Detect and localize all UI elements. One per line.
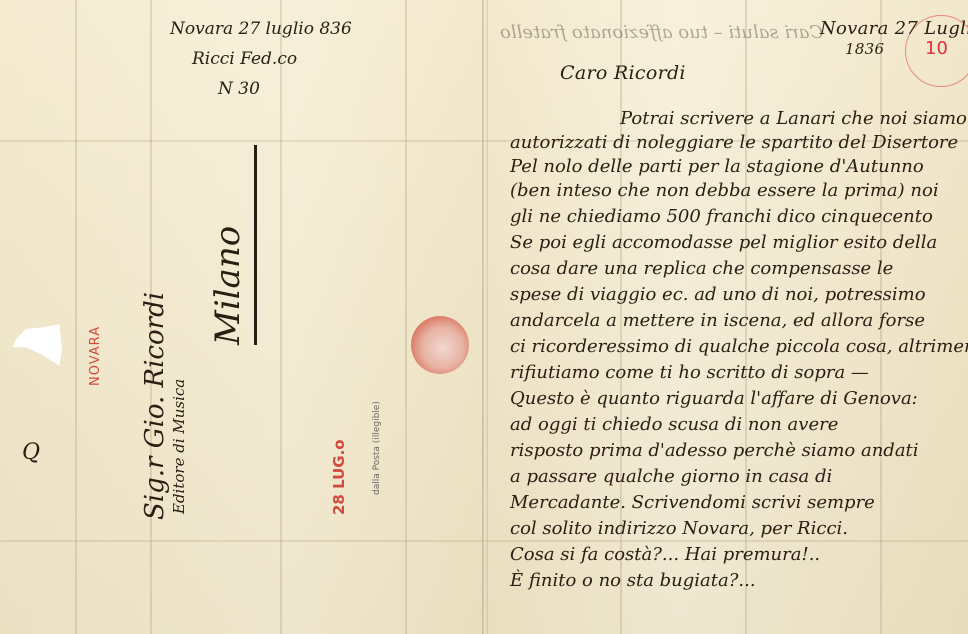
arrival-postmark: 28 LUG.o bbox=[330, 439, 348, 515]
grey-postmark: dalla Posta (illegible) bbox=[372, 401, 382, 495]
docket-line-2: Ricci Fed.co bbox=[170, 44, 352, 74]
letter-place-date: Novara 27 Luglio bbox=[820, 18, 968, 39]
archive-number: 10 bbox=[925, 38, 948, 59]
letter-line: ad oggi ti chiedo scusa di non avere bbox=[510, 414, 838, 435]
bleed-through-text: Cari saluti – tuo affezionato fratello bbox=[500, 22, 823, 43]
city-underline bbox=[254, 145, 257, 345]
letter-line: Pel nolo delle parti per la stagione d'A… bbox=[510, 156, 924, 177]
letter-line: È finito o no sta bugiata?... bbox=[510, 570, 756, 591]
letter-line: Cosa si fa costà?... Hai premura!.. bbox=[510, 544, 820, 565]
address-city-block: Milano bbox=[208, 145, 257, 345]
letter-line: andarcela a mettere in iscena, ed allora… bbox=[510, 310, 925, 331]
address-recipient: Sig.r Gio. Ricordi bbox=[140, 292, 170, 520]
address-city: Milano bbox=[208, 145, 248, 345]
center-fold bbox=[482, 0, 488, 634]
margin-mark: Q bbox=[22, 440, 40, 465]
fold-line bbox=[405, 0, 407, 634]
wax-seal bbox=[411, 316, 469, 374]
letter-line: gli ne chiediamo 500 franchi dico cinque… bbox=[510, 206, 933, 227]
letter-line: risposto prima d'adesso perchè siamo and… bbox=[510, 440, 919, 461]
letter-line: Questo è quanto riguarda l'affare di Gen… bbox=[510, 388, 918, 409]
letter-line: Se poi egli accomodasse pel miglior esit… bbox=[510, 232, 937, 253]
letter-line: Mercadante. Scrivendomi scrivi sempre bbox=[510, 492, 875, 513]
letter-line: cosa dare una replica che compensasse le bbox=[510, 258, 893, 279]
letter-line: (ben inteso che non debba essere la prim… bbox=[510, 180, 939, 201]
address-block: Sig.r Gio. Ricordi Editore di Musica bbox=[140, 292, 188, 520]
letter-line: Potrai scrivere a Lanari che noi siamo bbox=[620, 108, 967, 129]
letter-salutation: Caro Ricordi bbox=[560, 62, 686, 84]
address-title: Editore di Musica bbox=[170, 292, 188, 514]
docket-note: Novara 27 luglio 836 Ricci Fed.co N 30 bbox=[170, 14, 352, 104]
letter-line: spese di viaggio ec. ad uno di noi, potr… bbox=[510, 284, 926, 305]
letter-line: autorizzati di noleggiare le spartito de… bbox=[510, 132, 958, 153]
letter-line: ci ricorderessimo di qualche piccola cos… bbox=[510, 336, 968, 357]
docket-line-3: N 30 bbox=[170, 74, 352, 104]
origin-postmark: NOVARA bbox=[88, 326, 103, 386]
letter-line: rifiutiamo come ti ho scritto di sopra — bbox=[510, 362, 869, 383]
fold-line bbox=[75, 0, 77, 634]
letter-line: a passare qualche giorno in casa di bbox=[510, 466, 832, 487]
docket-line-1: Novara 27 luglio 836 bbox=[170, 14, 352, 44]
letter-year: 1836 bbox=[845, 40, 884, 58]
letter-line: col solito indirizzo Novara, per Ricci. bbox=[510, 518, 848, 539]
